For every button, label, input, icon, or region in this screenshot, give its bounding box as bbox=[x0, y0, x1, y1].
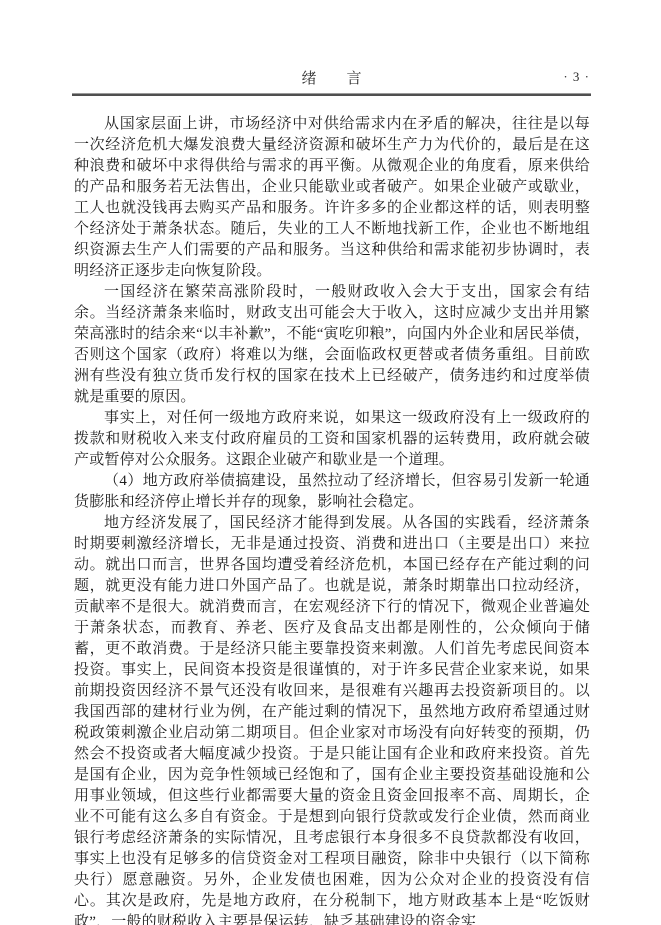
header-rule bbox=[72, 93, 591, 96]
paragraph-3: 事实上，对任何一级地方政府来说，如果这一级政府没有上一级政府的拨款和财税收入来支… bbox=[74, 408, 590, 471]
running-title: 绪 言 bbox=[73, 67, 590, 88]
paragraph-4: （4）地方政府举债搞建设，虽然拉动了经济增长，但容易引发新一轮通货膨胀和经济停止… bbox=[74, 471, 590, 513]
page-body: 从国家层面上讲，市场经济中对供给需求内在矛盾的解决，往往是以每一次经济危机大爆发… bbox=[74, 114, 590, 925]
paragraph-5: 地方经济发展了，国民经济才能得到发展。从各国的实践看，经济萧条时期要刺激经济增长… bbox=[74, 513, 590, 925]
paragraph-2: 一国经济在繁荣高涨阶段时，一般财政收入会大于支出，国家会有结余。当经济萧条来临时… bbox=[74, 282, 590, 408]
paragraph-1: 从国家层面上讲，市场经济中对供给需求内在矛盾的解决，往往是以每一次经济危机大爆发… bbox=[74, 114, 590, 282]
page-number: · 3 · bbox=[563, 69, 590, 85]
book-page: 绪 言 · 3 · 从国家层面上讲，市场经济中对供给需求内在矛盾的解决，往往是以… bbox=[0, 0, 661, 925]
page-header: 绪 言 · 3 · bbox=[73, 67, 590, 87]
